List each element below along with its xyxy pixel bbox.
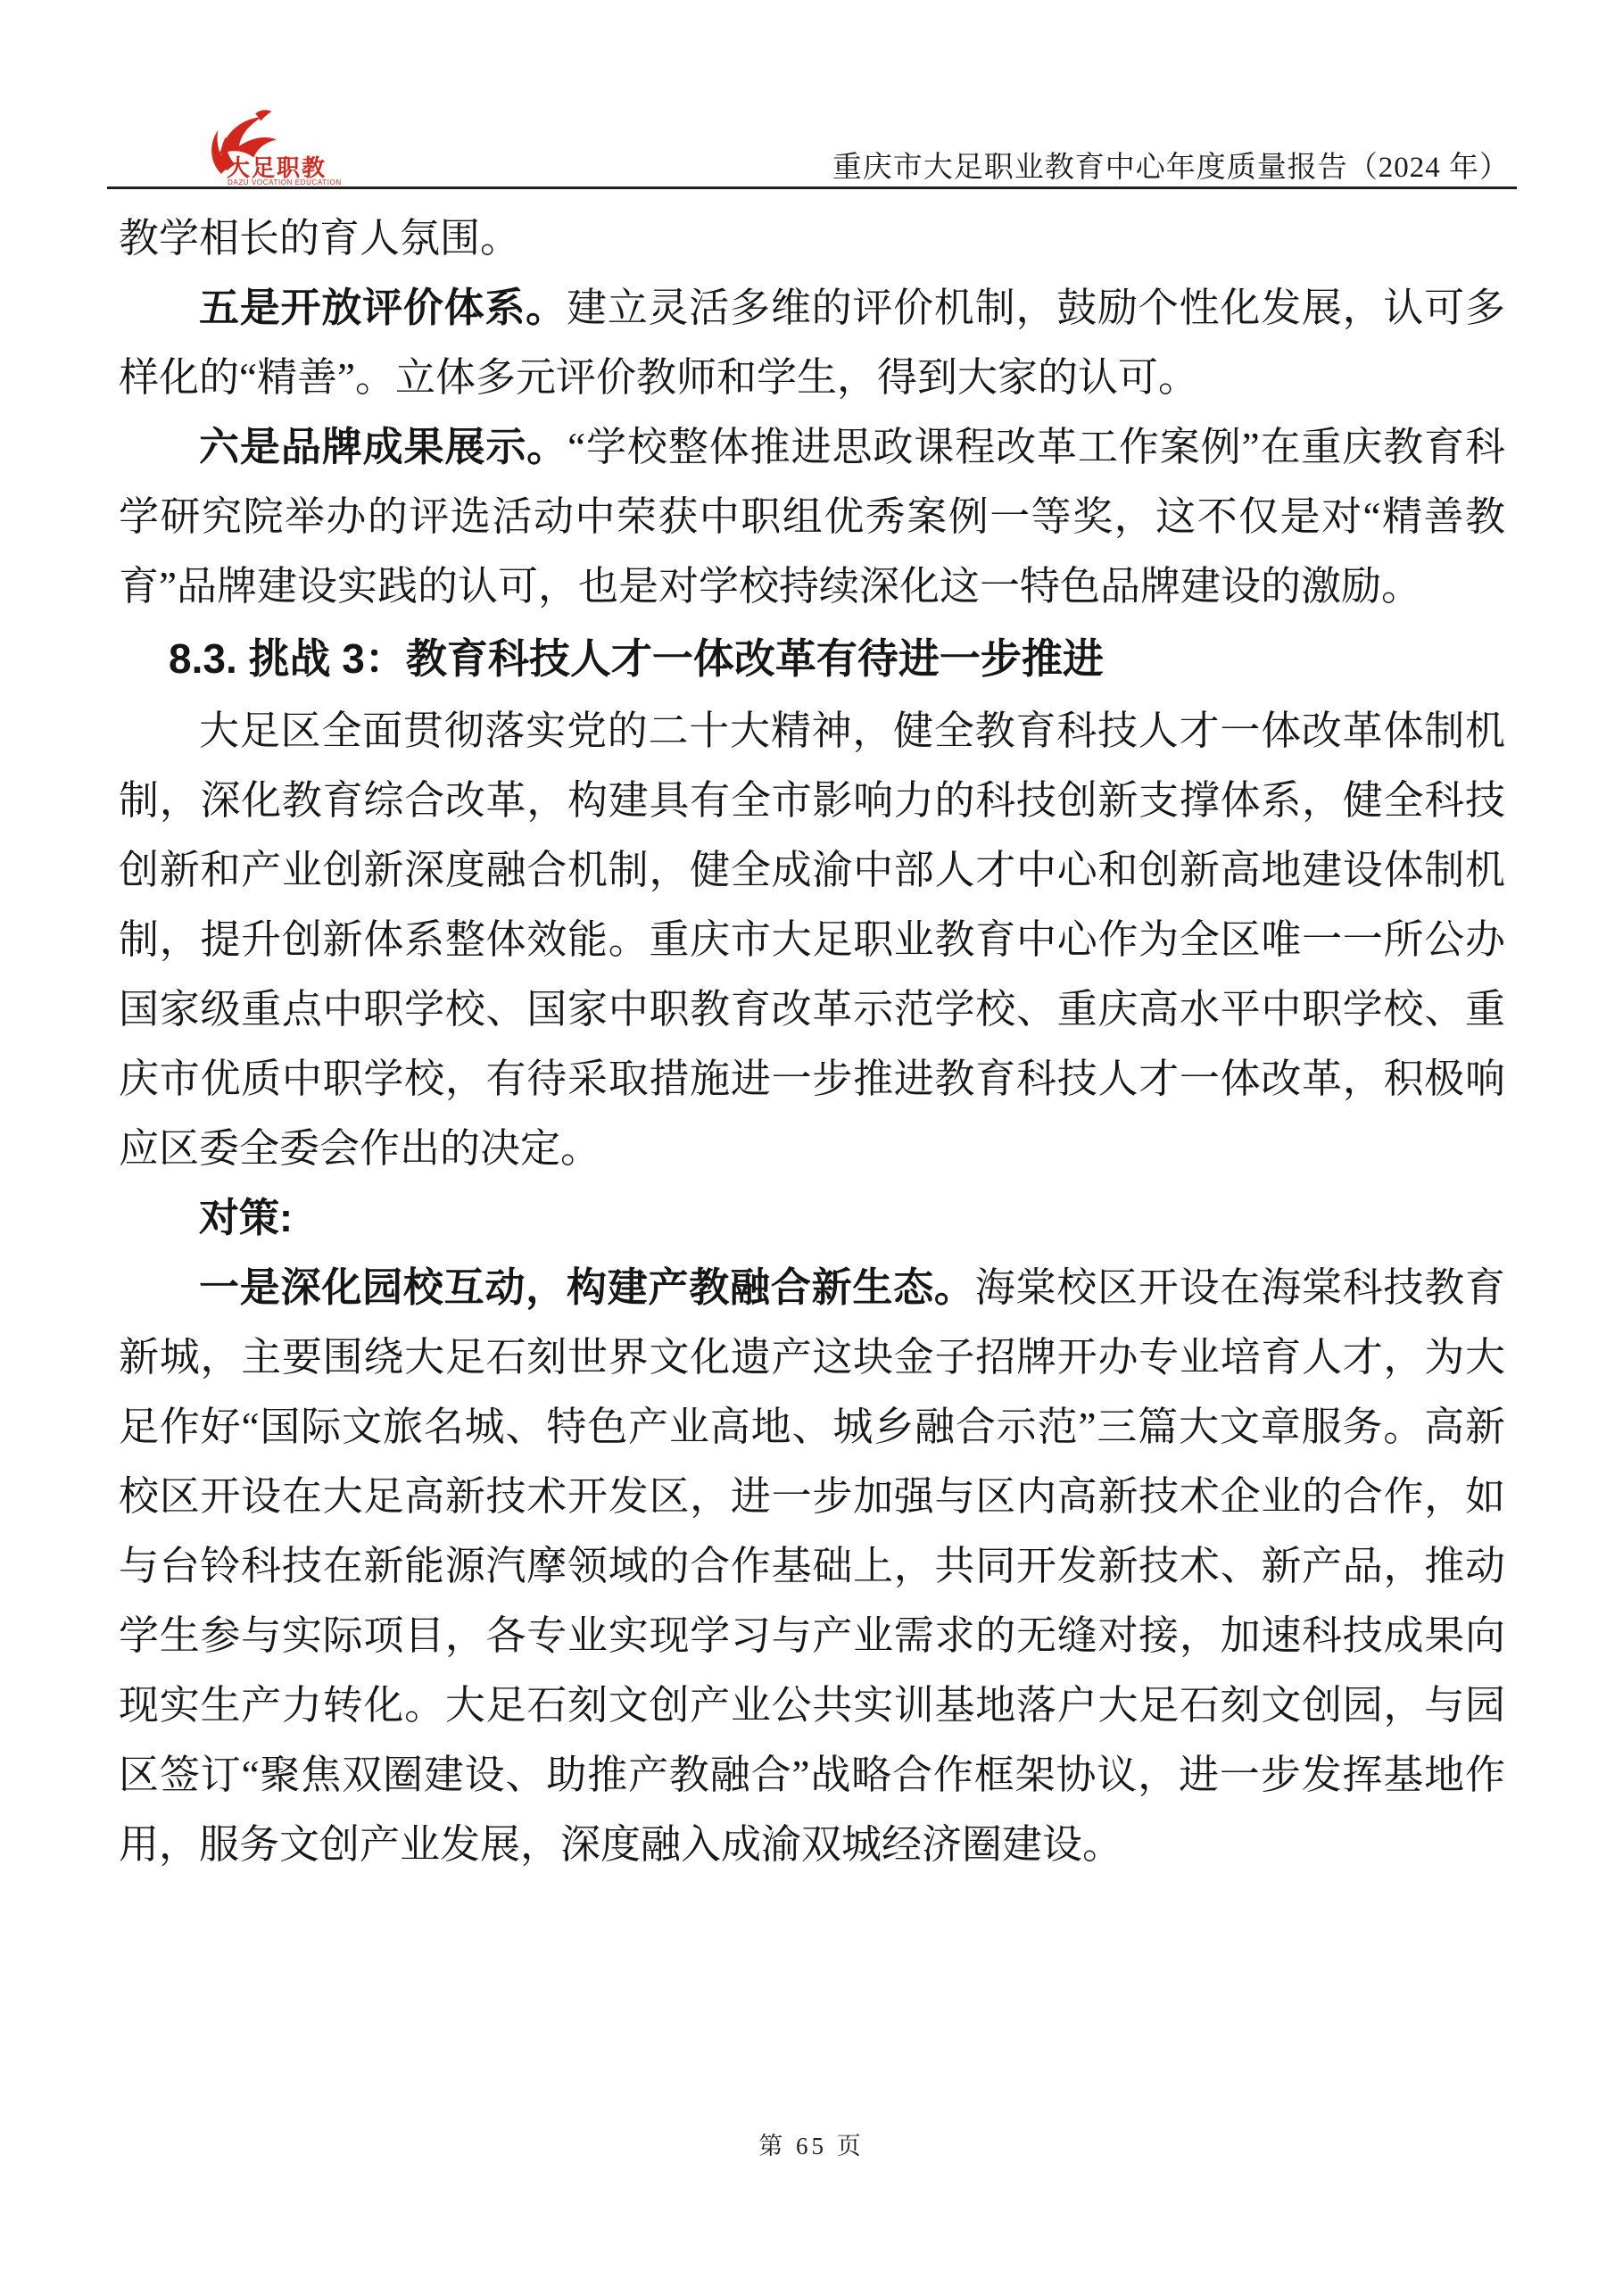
paragraph: 对策: [119,1183,1505,1253]
text-run: 教学相长的育人氛围。 [119,216,520,261]
text-run: 大足区全面贯彻落实党的二十大精神，健全教育科技人才一体改革体制机制，深化教育综合… [119,709,1505,1171]
paragraph: 教学相长的育人氛围。 [119,203,1505,273]
bold-text-run: 一是深化园校互动，构建产教融合新生态。 [199,1264,975,1310]
paragraph: 大足区全面贯彻落实党的二十大精神，健全教育科技人才一体改革体制机制，深化教育综合… [119,696,1505,1183]
logo-subtext: DAZU VOCATION EDUCATION [228,178,342,186]
bold-text-run: 五是开放评价体系。 [199,285,567,330]
paragraph: 一是深化园校互动，构建产教融合新生态。海棠校区开设在海棠科技教育新城，主要围绕大… [119,1253,1505,1879]
section-heading: 8.3. 挑战 3：教育科技人才一体改革有待进一步推进 [119,623,1505,694]
document-page: 大足职教 DAZU VOCATION EDUCATION 重庆市大足职业教育中心… [0,0,1623,2296]
document-body: 教学相长的育人氛围。五是开放评价体系。建立灵活多维的评价机制，鼓励个性化发展，认… [119,203,1505,1879]
paragraph: 六是品牌成果展示。“学校整体推进思政课程改革工作案例”在重庆教育科学研究院举办的… [119,412,1505,621]
page-header-title: 重庆市大足职业教育中心年度质量报告（2024 年） [832,144,1510,186]
bold-text-run: 六是品牌成果展示。 [199,424,567,469]
bold-text-run: 8.3. 挑战 3：教育科技人才一体改革有待进一步推进 [169,635,1104,682]
header-divider [107,186,1517,189]
page-number: 第 65 页 [0,2126,1623,2161]
school-logo: 大足职教 DAZU VOCATION EDUCATION [198,109,341,186]
bold-text-run: 对策: [199,1195,293,1240]
paragraph: 五是开放评价体系。建立灵活多维的评价机制，鼓励个性化发展，认可多样化的“精善”。… [119,273,1505,412]
text-run: 海棠校区开设在海棠科技教育新城，主要围绕大足石刻世界文化遗产这块金子招牌开办专业… [119,1265,1505,1867]
